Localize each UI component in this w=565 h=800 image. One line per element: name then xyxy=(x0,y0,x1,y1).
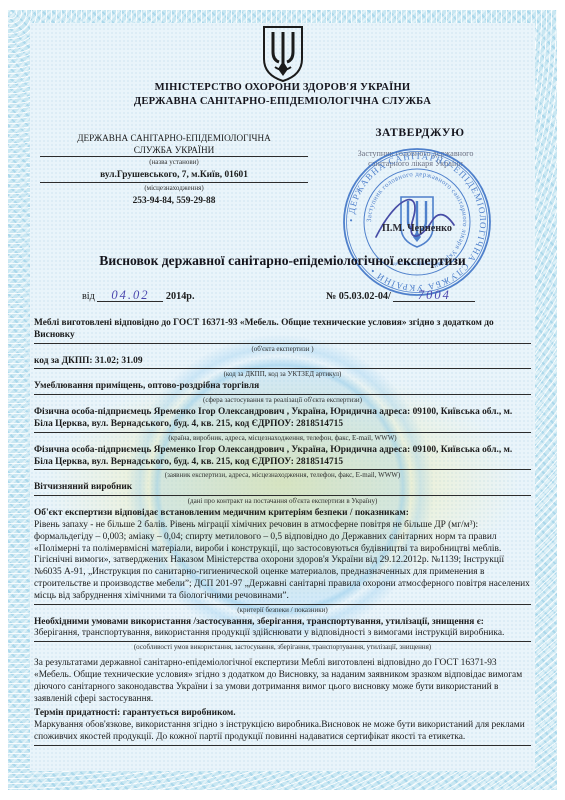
field-conditions-caption: (особливості умов використання, застосув… xyxy=(34,642,531,652)
field-criteria-caption: (критерії безпеки / показники) xyxy=(34,605,531,615)
field-term: Термін придатності: гарантується виробни… xyxy=(34,708,531,745)
date-year: 2014р. xyxy=(166,291,195,302)
field-manufacturer-caption: (країна, виробник, адреса, місцезнаходже… xyxy=(34,433,531,443)
stamp-trident-icon xyxy=(401,197,433,247)
field-object: Меблі виготовлені відповідно до ГОСТ 163… xyxy=(34,318,531,354)
field-applicant: Фізична особа-підприємець Яременко Ігор … xyxy=(34,445,531,481)
field-applicant-value: Фізична особа-підприємець Яременко Ігор … xyxy=(34,445,531,471)
issuer-name-caption: (назва установи) xyxy=(40,157,308,167)
field-criteria: Об'єкт експертизи відповідає встановлени… xyxy=(34,508,531,614)
issuer-block: ДЕРЖАВНА САНІТАРНО-ЕПІДЕМІОЛОГІЧНА СЛУЖБ… xyxy=(40,133,308,207)
field-conditions-lead: Необхідними умовами використання /застос… xyxy=(34,617,531,629)
field-applicant-caption: (заявник експертизи, адреса, місцезнаход… xyxy=(34,470,531,480)
issuer-name-line1: ДЕРЖАВНА САНІТАРНО-ЕПІДЕМІОЛОГІЧНА xyxy=(40,133,308,145)
field-contract-value: Вітчизняний виробник xyxy=(34,482,531,496)
ministry-header: МІНІСТЕРСТВО ОХОРОНИ ЗДОРОВ'Я УКРАЇНИ ДЕ… xyxy=(30,81,535,109)
number-prefix: № 05.03.02-04/ xyxy=(326,291,391,302)
field-code-caption: (код за ДКПП, код за УКТЗЕД артикул) xyxy=(34,369,531,379)
certificate-body: МІНІСТЕРСТВО ОХОРОНИ ЗДОРОВ'Я УКРАЇНИ ДЕ… xyxy=(30,23,535,771)
issuer-name-line2: СЛУЖБА УКРАЇНИ xyxy=(40,145,308,157)
field-code-value: код за ДКПП: 31.02; 31.09 xyxy=(34,356,531,370)
field-code: код за ДКПП: 31.02; 31.09 (код за ДКПП, … xyxy=(34,356,531,380)
field-sphere-value: Умеблювання приміщень, оптово-роздрібна … xyxy=(34,381,531,395)
field-criteria-lead: Об'єкт експертизи відповідає встановлени… xyxy=(34,508,531,520)
ministry-line2: ДЕРЖАВНА САНІТАРНО-ЕПІДЕМІОЛОГІЧНА СЛУЖБ… xyxy=(30,95,535,109)
field-criteria-body: Рівень запаху - не більше 2 балів. Рівен… xyxy=(34,520,531,603)
field-manufacturer-value: Фізична особа-підприємець Яременко Ігор … xyxy=(34,407,531,433)
field-results: За результатами державної санітарно-епід… xyxy=(34,658,531,706)
approve-label: ЗАТВЕРДЖУЮ xyxy=(325,126,515,139)
field-sphere: Умеблювання приміщень, оптово-роздрібна … xyxy=(34,381,531,405)
handwritten-date: 04.02 xyxy=(97,289,163,302)
handwritten-number: 7004 xyxy=(393,289,475,302)
field-contract: Вітчизняний виробник (дані про контракт … xyxy=(34,482,531,506)
issuer-address-caption: (місцезнаходження) xyxy=(40,183,308,193)
field-sphere-caption: (сфера застосування та реалізації об'єкт… xyxy=(34,395,531,405)
approver-name: П.М. Черненко xyxy=(382,223,452,234)
field-term-lead: Термін придатності: гарантується виробни… xyxy=(34,708,531,720)
field-object-caption: (об'єкта експертизи ) xyxy=(34,344,531,354)
field-manufacturer: Фізична особа-підприємець Яременко Ігор … xyxy=(34,407,531,443)
field-results-body: За результатами державної санітарно-епід… xyxy=(34,658,531,706)
field-conditions-body: Зберігання, транспортування, використанн… xyxy=(34,628,531,640)
date-prefix: від xyxy=(82,291,95,302)
issuer-address: вул.Грушевського, 7, м.Київ, 01601 xyxy=(40,167,308,183)
ministry-line1: МІНІСТЕРСТВО ОХОРОНИ ЗДОРОВ'Я УКРАЇНИ xyxy=(30,81,535,95)
issuer-phones: 253-94-84, 559-29-88 xyxy=(40,193,308,208)
field-object-value: Меблі виготовлені відповідно до ГОСТ 163… xyxy=(34,318,531,344)
field-term-body: Маркування обов'язкове, використання згі… xyxy=(34,720,531,744)
trident-emblem-icon xyxy=(260,25,306,88)
certificate-sheet: МІНІСТЕРСТВО ОХОРОНИ ЗДОРОВ'Я УКРАЇНИ ДЕ… xyxy=(8,10,557,790)
field-conditions: Необхідними умовами використання /застос… xyxy=(34,617,531,653)
document-title: Висновок державної санітарно-епідеміолог… xyxy=(30,253,535,269)
official-stamp: • ДЕРЖАВНА САНІТАРНО-ЕПІДЕМІОЛОГІЧНА СЛУ… xyxy=(336,141,498,303)
field-contract-caption: (дані про контракт на постачання об'єкта… xyxy=(34,496,531,506)
form-fields: Меблі виготовлені відповідно до ГОСТ 163… xyxy=(34,318,531,748)
